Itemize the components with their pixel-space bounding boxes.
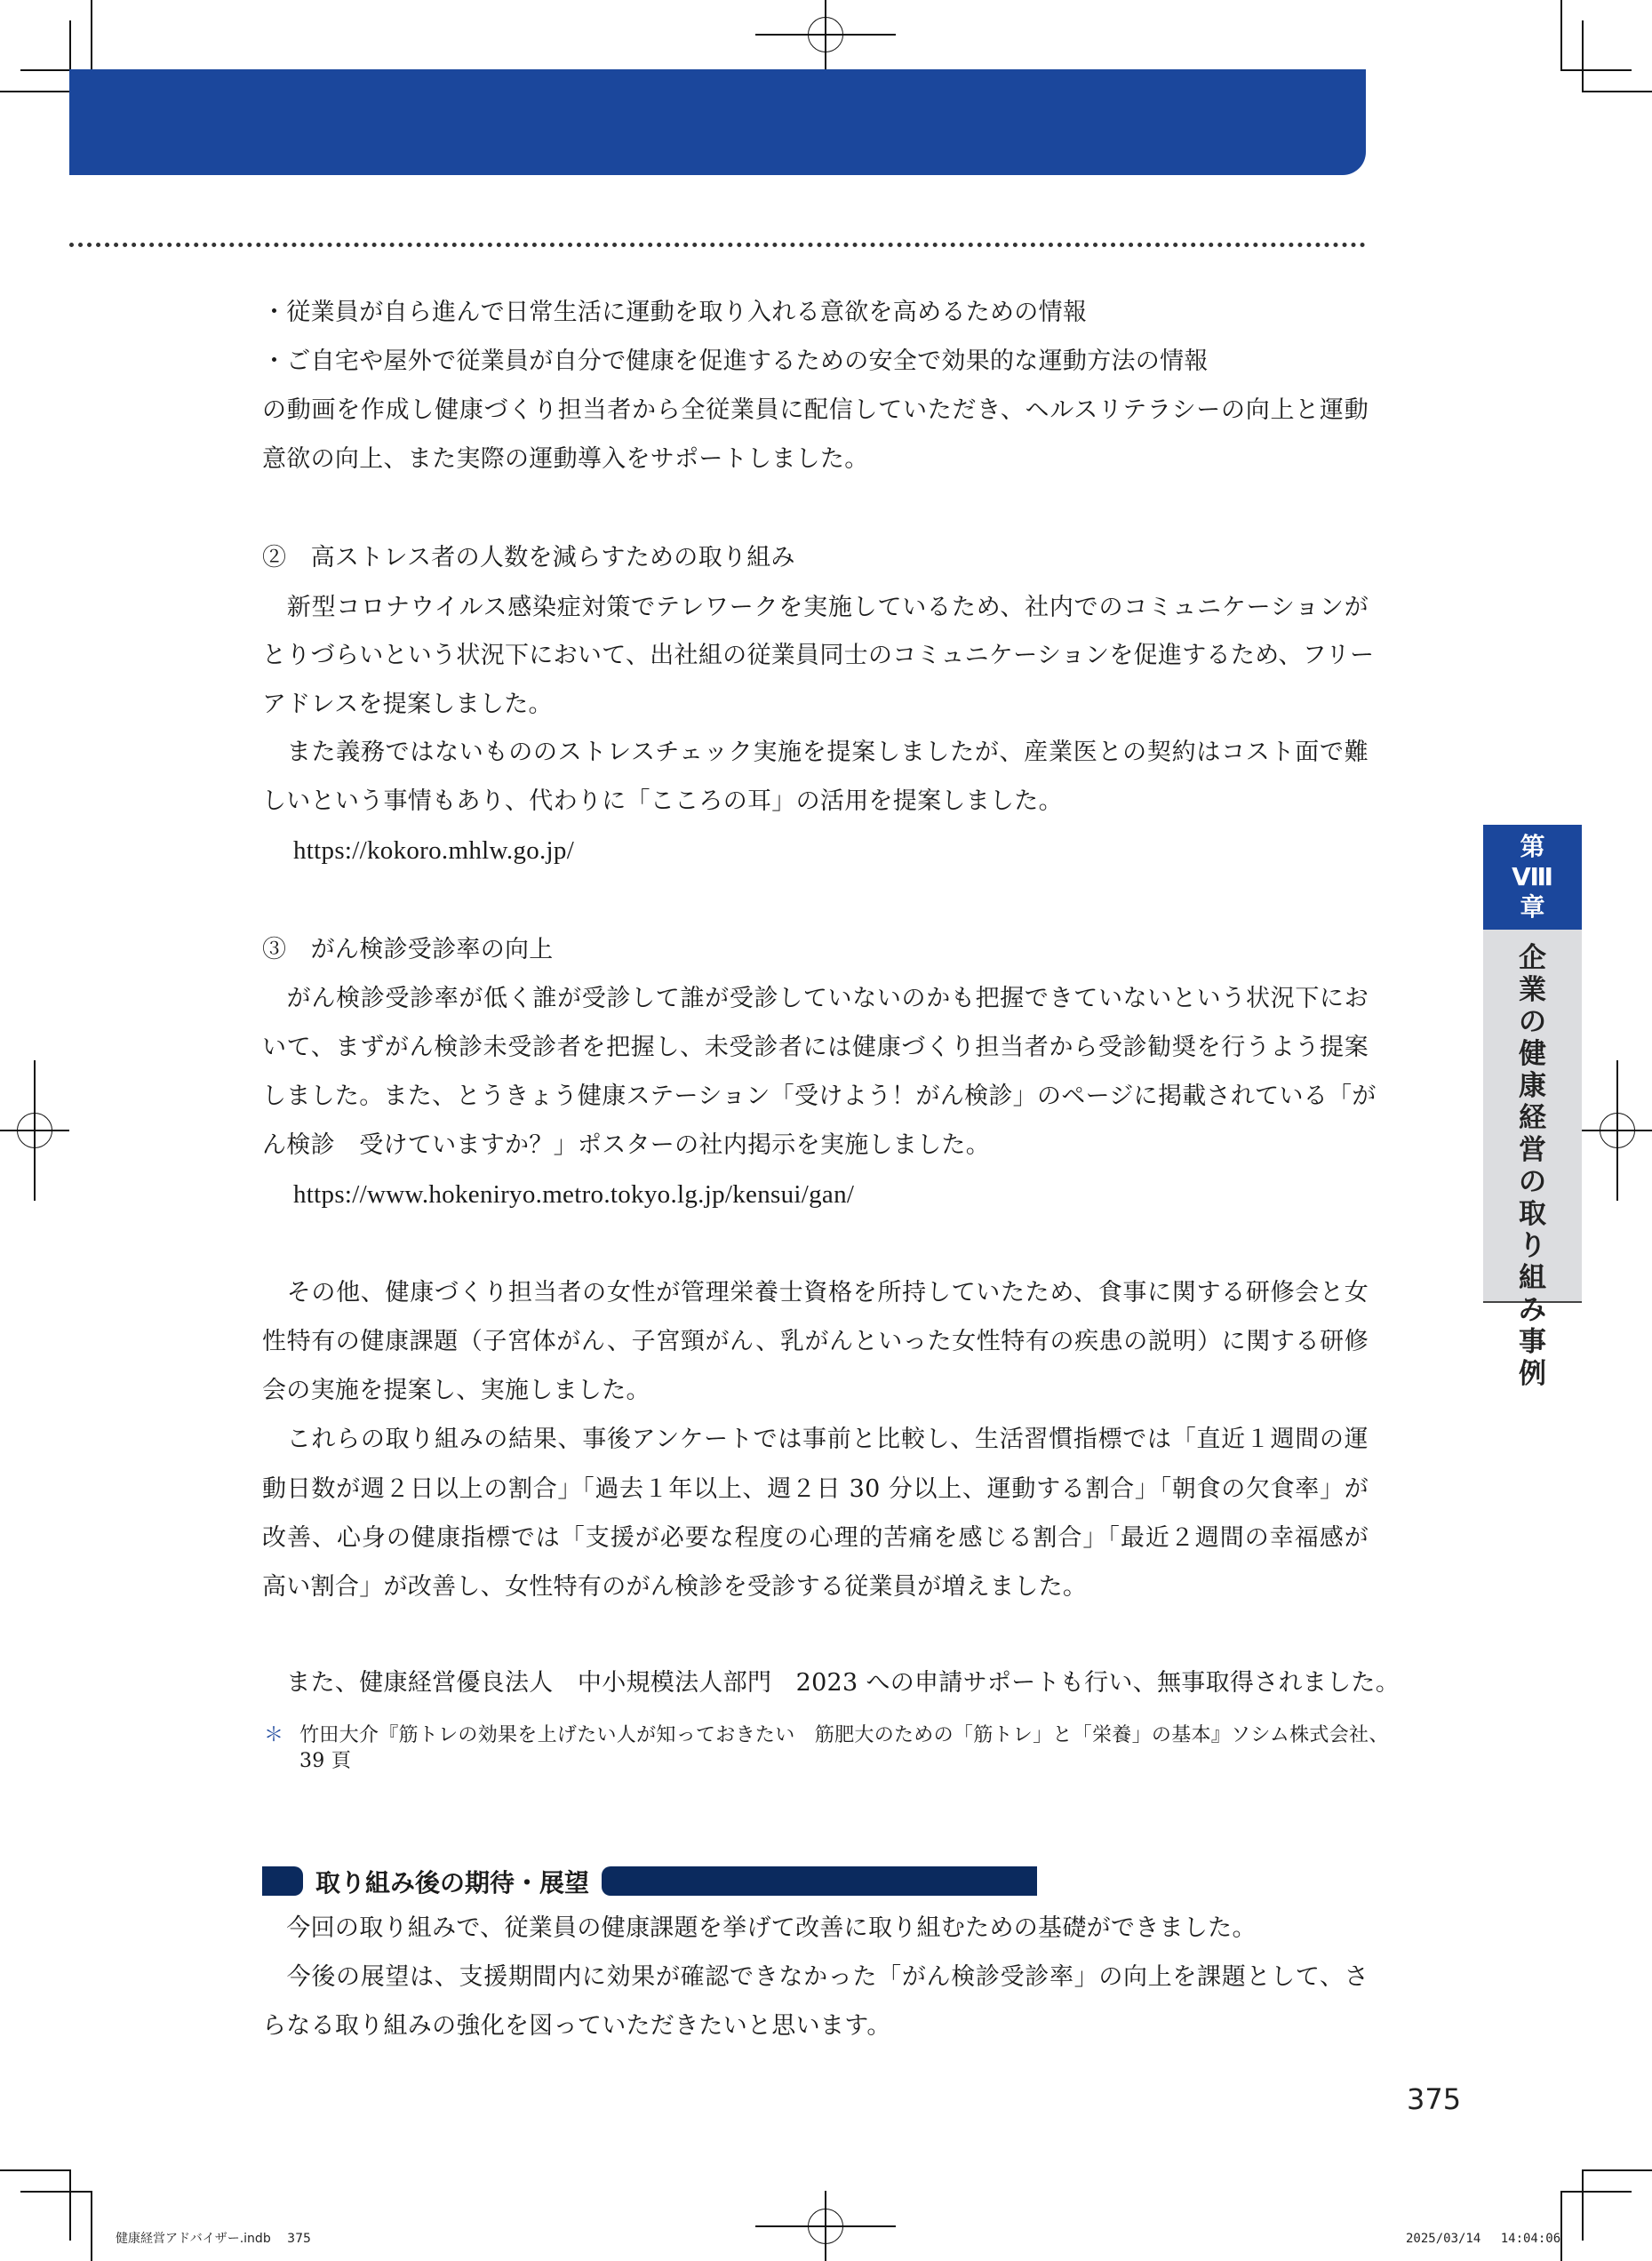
chapter-title-char: の bbox=[1519, 1006, 1546, 1038]
chapter-title-char: 事 bbox=[1519, 1326, 1546, 1358]
outlook-heading: 取り組み後の期待・展望 bbox=[262, 1866, 1037, 1896]
results-line: これらの取り組みの結果、事後アンケートでは事前と比較し、生活習慣指標では「直近１… bbox=[262, 1425, 1369, 1455]
footnote-text: 39 頁 bbox=[299, 1749, 566, 1774]
section-3-line: ん検診 受けていますか？」ポスターの社内掲示を実施しました。 bbox=[262, 1130, 1369, 1161]
other-line: 性特有の健康課題（子宮体がん、子宮頸がん、乳がんといった女性特有の疾患の説明）に… bbox=[262, 1327, 1369, 1357]
header-bar bbox=[69, 69, 1366, 175]
other-line: 会の実施を提案し、実施しました。 bbox=[262, 1376, 1369, 1406]
section-3-line: しました。また、とうきょう健康ステーション「受けよう！がん検診」のページに掲載さ… bbox=[262, 1082, 1369, 1112]
other-line: その他、健康づくり担当者の女性が管理栄養士資格を所持していたため、食事に関する研… bbox=[262, 1278, 1369, 1308]
print-footer-timestamp: 2025/03/14 14:04:06 bbox=[1406, 2229, 1560, 2247]
chapter-side-tab: 第 Ⅷ 章 企 業 の 健 康 経 営 の 取 り 組 み 事 例 bbox=[1483, 825, 1582, 1303]
dotted-divider bbox=[69, 243, 1366, 247]
hokeniryo-url-link[interactable]: https://www.hokeniryo.metro.tokyo.lg.jp/… bbox=[293, 1179, 1400, 1210]
chapter-title-char: 康 bbox=[1519, 1070, 1546, 1102]
outlook-line: 今後の展望は、支援期間内に効果が確認できなかった「がん検診受診率」の向上を課題と… bbox=[262, 1962, 1369, 1993]
chapter-title: 企 業 の 健 康 経 営 の 取 り 組 み 事 例 bbox=[1483, 930, 1582, 1303]
outlook-line: 今回の取り組みで、従業員の健康課題を挙げて改善に取り組むための基礎ができました。 bbox=[262, 1913, 1369, 1944]
chapter-title-char: 営 bbox=[1519, 1134, 1546, 1166]
chapter-number: 第 Ⅷ 章 bbox=[1483, 825, 1582, 930]
intro-bullet-1: ・従業員が自ら進んで日常生活に運動を取り入れる意欲を高めるための情報 bbox=[262, 298, 1369, 328]
chapter-char: 章 bbox=[1520, 892, 1544, 923]
chapter-title-char: の bbox=[1519, 1166, 1546, 1198]
results-line: 改善、心身の健康指標では「支援が必要な程度の心理的苦痛を感じる割合」「最近２週間… bbox=[262, 1523, 1369, 1554]
chapter-title-char: 業 bbox=[1519, 974, 1546, 1006]
footnote-mark: ＊ bbox=[264, 1723, 291, 1748]
chapter-title-char: 企 bbox=[1519, 942, 1546, 974]
section-3-title: ③ がん検診受診率の向上 bbox=[262, 935, 1369, 965]
outlook-heading-text: 取り組み後の期待・展望 bbox=[315, 1864, 589, 1899]
heading-bar bbox=[602, 1866, 1037, 1896]
section-2-line: また義務ではないもののストレスチェック実施を提案しましたが、産業医との契約はコス… bbox=[262, 738, 1369, 768]
footnote-text: 竹田大介『筋トレの効果を上げたい人が知っておきたい 筋肥大のための「筋トレ」と「… bbox=[299, 1723, 1366, 1748]
section-2-line: しいという事情もあり、代わりに「こころの耳」の活用を提案しました。 bbox=[262, 787, 1369, 817]
chapter-title-char: 取 bbox=[1519, 1198, 1546, 1230]
section-3-line: いて、まずがん検診未受診者を把握し、未受診者には健康づくり担当者から受診勧奨を行… bbox=[262, 1033, 1369, 1063]
heading-marker bbox=[262, 1866, 303, 1896]
chapter-char: 第 bbox=[1520, 832, 1544, 862]
intro-line: の動画を作成し健康づくり担当者から全従業員に配信していただき、ヘルスリテラシーの… bbox=[262, 395, 1369, 426]
chapter-title-char: 組 bbox=[1519, 1262, 1546, 1294]
intro-bullet-2: ・ご自宅や屋外で従業員が自分で健康を促進するための安全で効果的な運動方法の情報 bbox=[262, 347, 1369, 377]
section-2-title: ② 高ストレス者の人数を減らすための取り組み bbox=[262, 543, 1369, 573]
results-line: 動日数が週２日以上の割合」「過去１年以上、週２日 30 分以上、運動する割合」「… bbox=[262, 1474, 1369, 1505]
chapter-title-char: み bbox=[1519, 1294, 1546, 1326]
chapter-title-char: り bbox=[1519, 1230, 1546, 1262]
print-footer-file: 健康経営アドバイザー.indb 375 bbox=[116, 2229, 311, 2247]
intro-line: 意欲の向上、また実際の運動導入をサポートしました。 bbox=[262, 444, 1369, 475]
section-2-line: とりづらいという状況下において、出社組の従業員同士のコミュニケーションを促進する… bbox=[262, 641, 1369, 671]
section-2-line: アドレスを提案しました。 bbox=[262, 690, 1369, 720]
chapter-title-char: 例 bbox=[1519, 1358, 1546, 1390]
certification-line: また、健康経営優良法人 中小規模法人部門 2023 への申請サポートも行い、無事… bbox=[262, 1668, 1369, 1698]
page-number: 375 bbox=[1407, 2082, 1461, 2116]
outlook-line: らなる取り組みの強化を図っていただきたいと思います。 bbox=[262, 2011, 1369, 2041]
section-2-line: 新型コロナウイルス感染症対策でテレワークを実施しているため、社内でのコミュニケー… bbox=[262, 593, 1369, 623]
chapter-char: Ⅷ bbox=[1512, 862, 1553, 892]
kokoro-url-link[interactable]: https://kokoro.mhlw.go.jp/ bbox=[293, 835, 1400, 866]
chapter-title-char: 経 bbox=[1519, 1102, 1546, 1134]
results-line: 高い割合」が改善し、女性特有のがん検診を受診する従業員が増えました。 bbox=[262, 1572, 1369, 1602]
section-3-line: がん検診受診率が低く誰が受診して誰が受診していないのかも把握できていないという状… bbox=[262, 984, 1369, 1014]
chapter-title-char: 健 bbox=[1519, 1038, 1546, 1070]
